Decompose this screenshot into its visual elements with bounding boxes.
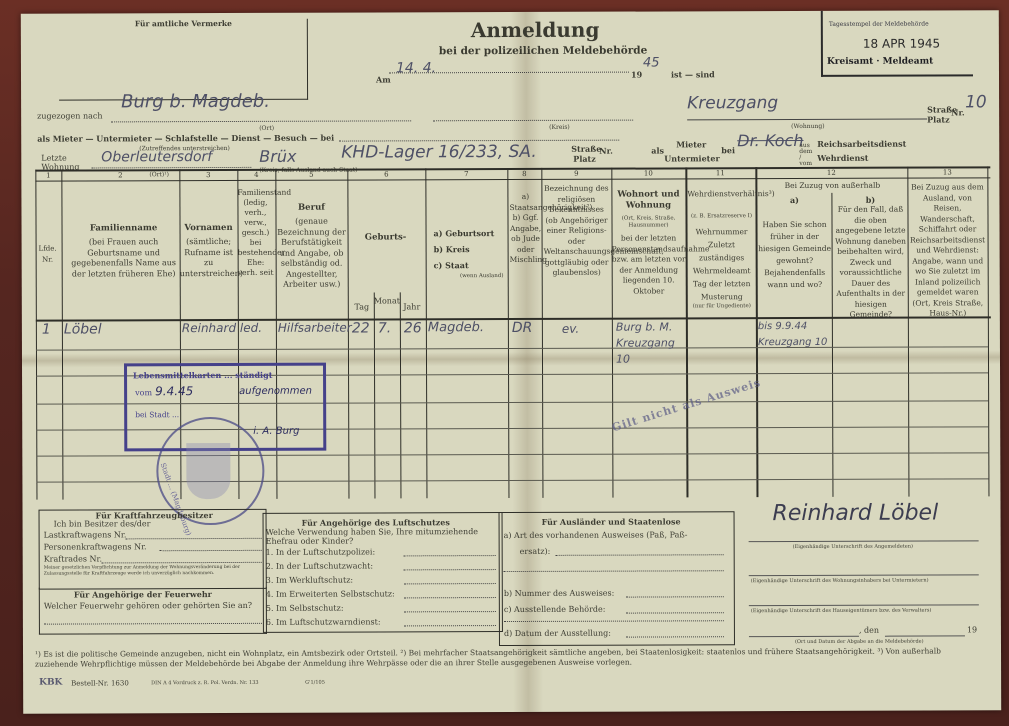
date-stamp: Tagesstempel der Meldebehörde 18 APR 194… — [821, 10, 973, 77]
feuerwehr-box: Für Angehörige der Feuerwehr Welcher Feu… — [39, 587, 267, 635]
wehrdienst-label: Wehrdienst — [817, 153, 868, 163]
place-field[interactable] — [749, 636, 859, 637]
auslaender-a-field[interactable] — [556, 554, 724, 556]
ort-caption: (Ort) — [259, 125, 274, 132]
header-familienstand: Familienstand (ledig, verh., verw., gesc… — [237, 188, 273, 278]
column-number: 3 — [179, 171, 237, 179]
column-number: 1 — [35, 172, 61, 180]
header-zuzug-a-label: a) — [757, 195, 831, 206]
als-line: als Mieter — Untermieter — Schlafstelle … — [37, 133, 334, 144]
mieter-label: Mieter — [676, 139, 706, 149]
auslaender-a2: ersatz): — [520, 547, 551, 556]
header-geburtsort-a: a) Geburtsort — [434, 228, 504, 239]
kfz-pkw-field[interactable] — [160, 550, 262, 551]
zugezogen-line — [111, 120, 411, 122]
feuerwehr-title: Für Angehörige der Feuerwehr — [74, 589, 212, 599]
auslaender-b: b) Nummer des Ausweises: — [504, 589, 615, 598]
stamp-date: 18 APR 1945 — [863, 37, 940, 51]
signature-line-3[interactable] — [749, 604, 979, 606]
luftschutz-item: 1. In der Luftschutzpolizei: — [266, 547, 376, 556]
imprint-code: G'1/105 — [305, 680, 325, 686]
column-number: 4 — [237, 171, 275, 179]
header-vornamen-note: (sämtliche; Rufname ist zu unterstreiche… — [180, 237, 238, 279]
luftschutz-field[interactable] — [404, 555, 496, 556]
letzte-nr-label: Nr. — [599, 146, 613, 156]
imprint-din: DIN A 4 Vordruck z. R. Pol. Verdn. Nr. 1… — [151, 680, 258, 686]
stamp-caption: Tagesstempel der Meldebehörde — [829, 21, 929, 28]
column-number: 13 — [907, 168, 987, 176]
header-familienname-note: (bei Frauen auch Geburtsname und gegeben… — [64, 237, 184, 279]
kfz-lkw-field[interactable] — [126, 538, 262, 539]
header-tag: Tag — [350, 302, 374, 313]
ration-stamp-line1: Lebensmittelkarten ... ständigt — [133, 370, 319, 381]
header-beruf-note: (genaue Bezeichnung der Berufstätigkeit … — [275, 217, 347, 291]
header-ausland: Bei Zuzug aus dem Ausland, von Reisen, W… — [909, 182, 985, 319]
row-jahr: 26 — [404, 320, 422, 336]
date-field[interactable] — [885, 635, 965, 636]
column-number: 10 — [611, 169, 685, 177]
row-geburtsort: Magdeb. — [428, 320, 484, 335]
auslaender-box: Für Ausländer und Staatenlose a) Art des… — [499, 511, 735, 646]
luftschutz-field[interactable] — [404, 569, 496, 570]
header-wohnort: Wohnort und Wohnung — [611, 189, 685, 210]
column-number: 6 — [347, 170, 425, 178]
column-number: 9 — [541, 170, 611, 178]
header-zuzug-b: Für den Fall, daß die oben angegebene le… — [833, 205, 907, 321]
header-vornamen: Vornamen — [180, 223, 238, 234]
header-geburtsort-note: (wenn Ausland) — [452, 271, 512, 282]
auslaender-c-field[interactable] — [626, 612, 724, 613]
footnote-1: ¹) Es ist die politische Gemeinde anzuge… — [35, 648, 398, 658]
footnote-2: ²) Bei mehrfacher Staatsangehörigkeit sä… — [400, 647, 875, 658]
header-beruf: Beruf — [275, 203, 347, 214]
imprint-order: Bestell-Nr. 1630 — [71, 679, 129, 687]
ration-stamp-sign: i. A. Burg — [253, 426, 299, 437]
header-zuzug: Bei Zuzug von außerhalb — [757, 181, 907, 192]
footnotes: ¹) Es ist die politische Gemeinde anzuge… — [35, 646, 975, 669]
bei-value: Dr. Koch — [737, 131, 803, 150]
row-beruf: Hilfsarbeiter — [278, 321, 352, 335]
ration-stamp-note: aufgenommen — [239, 386, 312, 397]
signature-caption-1: (Eigenhändige Unterschrift des Angemelde… — [793, 544, 913, 550]
auslaender-c: c) Ausstellende Behörde: — [504, 605, 606, 614]
form-subtitle: bei der polizeilichen Meldebehörde — [439, 45, 647, 58]
platz-label: Platz — [927, 114, 950, 124]
header-wehrdienst-note2: (nur für Ungediente) — [688, 301, 756, 312]
kfz-krad: Kraftrades Nr. — [44, 554, 102, 563]
zugezogen-value: Burg b. Magdeb. — [121, 91, 270, 113]
row-familienname: Löbel — [64, 321, 102, 337]
header-geburtsort-c: c) Staat — [434, 260, 504, 271]
row-religion: ev. — [562, 322, 579, 336]
auslaender-c-field2[interactable] — [504, 620, 724, 622]
column-number: 7 — [425, 170, 507, 178]
wohnung-line — [687, 119, 927, 121]
header-monat: Monat — [374, 296, 400, 307]
auslaender-d: d) Datum der Ausstellung: — [504, 629, 611, 638]
row-vornamen: Reinhard led. — [182, 321, 262, 335]
column-number: 12 — [755, 169, 907, 178]
signature-line-1 — [749, 540, 979, 542]
stamp-office: Kreisamt · Meldeamt — [827, 57, 933, 67]
luftschutz-field[interactable] — [404, 611, 496, 612]
publisher-logo: KBK — [39, 678, 62, 688]
letzte-ort-value: Oberleutersdorf — [101, 149, 212, 165]
bei2-label: bei — [721, 145, 735, 155]
auslaender-a-field2[interactable] — [504, 570, 724, 572]
signature-applicant: Reinhard Löbel — [772, 501, 938, 527]
header-jahr: Jahr — [400, 302, 424, 313]
kfz-line1: Ich bin Besitzer des/der — [54, 519, 151, 528]
sig-year-prefix: 19 — [967, 625, 977, 634]
luftschutz-box: Für Angehörige des Luftschutzes Welche V… — [263, 512, 503, 633]
header-wohnort-note: (Ort, Kreis, Straße, Hausnummer) — [611, 215, 685, 229]
kfz-krad-field[interactable] — [102, 562, 262, 564]
den-label: , den — [859, 626, 879, 635]
aus-dem-vom: aus dem / vom — [799, 143, 813, 167]
header-wehrdienst: Wehrdienstverhältnis³) — [687, 189, 755, 200]
kreis-caption: (Kreis) — [549, 124, 570, 131]
official-notes-box: Für amtliche Vermerke — [59, 19, 308, 101]
signature-caption-2: (Eigenhändige Unterschrift des Wohnungsi… — [751, 578, 929, 585]
kfz-pkw: Personenkraftwagens Nr. — [44, 542, 147, 551]
ist-sind-label: ist — sind — [671, 69, 715, 79]
kfz-box: Für Kraftfahrzeugbesitzer Ich bin Besitz… — [39, 509, 267, 590]
header-familienname: Familienname — [64, 223, 184, 234]
row-staatsang: DR — [512, 320, 533, 336]
luftschutz-title: Für Angehörige des Luftschutzes — [302, 517, 450, 528]
official-notes-label: Für amtliche Vermerke — [135, 19, 232, 28]
coat-of-arms-icon — [186, 443, 230, 499]
kfz-note: Meiner gesetzlichen Verpflichtung zur An… — [44, 565, 262, 578]
header-geburts: Geburts- — [350, 232, 422, 243]
luftschutz-item: 6. Im Luftschutzwarndienst: — [266, 617, 381, 626]
luftschutz-question: Welche Verwendung haben Sie, Ihre mitumz… — [266, 527, 498, 546]
date-day-month: 14. 4. — [396, 60, 436, 76]
reichsarbeitsdienst-label: Reichsarbeitsdienst — [817, 139, 906, 149]
header-geburtsort-b: b) Kreis — [434, 244, 504, 255]
header-religion: Bezeichnung des religiösen Bekenntnisses… — [543, 184, 609, 279]
auslaender-a: a) Art des vorhandenen Ausweises (Paß, P… — [504, 530, 688, 540]
luftschutz-item: 4. Im Erweiterten Selbstschutz: — [266, 589, 395, 598]
kfz-lkw: Lastkraftwagens Nr. — [44, 530, 127, 539]
untermieter-label: Untermieter — [664, 153, 719, 163]
header-lfd: Lfde. Nr. — [36, 244, 60, 265]
auslaender-title: Für Ausländer und Staatenlose — [542, 516, 681, 526]
letzte-kreis-value: Brüx — [259, 147, 296, 166]
auslaender-b-field[interactable] — [626, 596, 724, 597]
ration-stamp-line3: bei Stadt ... — [135, 410, 179, 419]
letzte-strasse-label: Straße — [571, 144, 601, 154]
column-number: 2 — [61, 171, 179, 179]
luftschutz-item: 3. Im Werkluftschutz: — [266, 576, 353, 585]
year-suffix: 45 — [643, 55, 660, 70]
signature-caption-4: (Ort und Datum der Abgabe an die Meldebe… — [795, 639, 924, 645]
wohnung-value: Kreuzgang — [687, 93, 778, 113]
signature-caption-3: (Eigenhändige Unterschrift des Hauseigen… — [751, 608, 932, 615]
wohnung-caption: (Wohnung) — [791, 123, 824, 130]
header-wohnort-body: bei der letzten Personenstandsaufnahme b… — [612, 233, 686, 296]
column-number: 8 — [507, 170, 541, 178]
feuerwehr-question: Welcher Feuerwehr gehören oder gehörten … — [44, 601, 252, 611]
auslaender-d-field[interactable] — [626, 636, 724, 637]
registration-form: Für amtliche Vermerke Anmeldung bei der … — [21, 10, 1001, 713]
row-monat: 7. — [378, 320, 391, 336]
nr-value: 10 — [965, 92, 987, 112]
column-number: 11 — [685, 169, 755, 177]
als2-label: als — [651, 145, 664, 155]
zugezogen-label: zugezogen nach — [37, 111, 102, 120]
row-wohnort: Burg b. M. Kreuzgang 10 — [616, 319, 686, 367]
row-zuzug-a: bis 9.9.44 Kreuzgang 10 — [758, 319, 830, 351]
am-label: Am — [376, 74, 391, 84]
row-tag: 22 — [352, 320, 370, 336]
feuerwehr-field[interactable] — [44, 623, 262, 625]
year-prefix: 19 — [631, 70, 642, 80]
ration-stamp-vom: vom — [135, 388, 152, 397]
row-lfd: 1 — [42, 322, 51, 338]
ration-stamp-date: 9.4.45 — [155, 384, 193, 398]
luftschutz-item: 5. Im Selbstschutz: — [266, 604, 344, 613]
header-wehrdienst-body: Wehrnummer Zuletzt zuständiges Wehrmelde… — [688, 225, 756, 303]
luftschutz-field[interactable] — [404, 583, 496, 584]
luftschutz-field[interactable] — [404, 625, 496, 626]
header-zuzug-a: Haben Sie schon früher in der hiesigen G… — [758, 219, 832, 291]
luftschutz-field[interactable] — [404, 597, 496, 598]
nr-label: Nr. — [951, 107, 965, 117]
header-wehrdienst-note: (z. B. Ersatzreserve I) — [687, 211, 755, 222]
luftschutz-item: 2. In der Luftschutzwacht: — [266, 561, 373, 570]
signature-line-2[interactable] — [749, 574, 979, 576]
header-staatsang: a) Staatsangehörigkeit²) b) Ggf. Angabe,… — [509, 192, 541, 266]
column-number: 5 — [275, 171, 347, 179]
letzte-platz-label: Platz — [573, 154, 596, 164]
letzte-strasse-value: KHD-Lager 16/233, SA. — [341, 142, 537, 163]
form-title: Anmeldung — [471, 18, 600, 42]
